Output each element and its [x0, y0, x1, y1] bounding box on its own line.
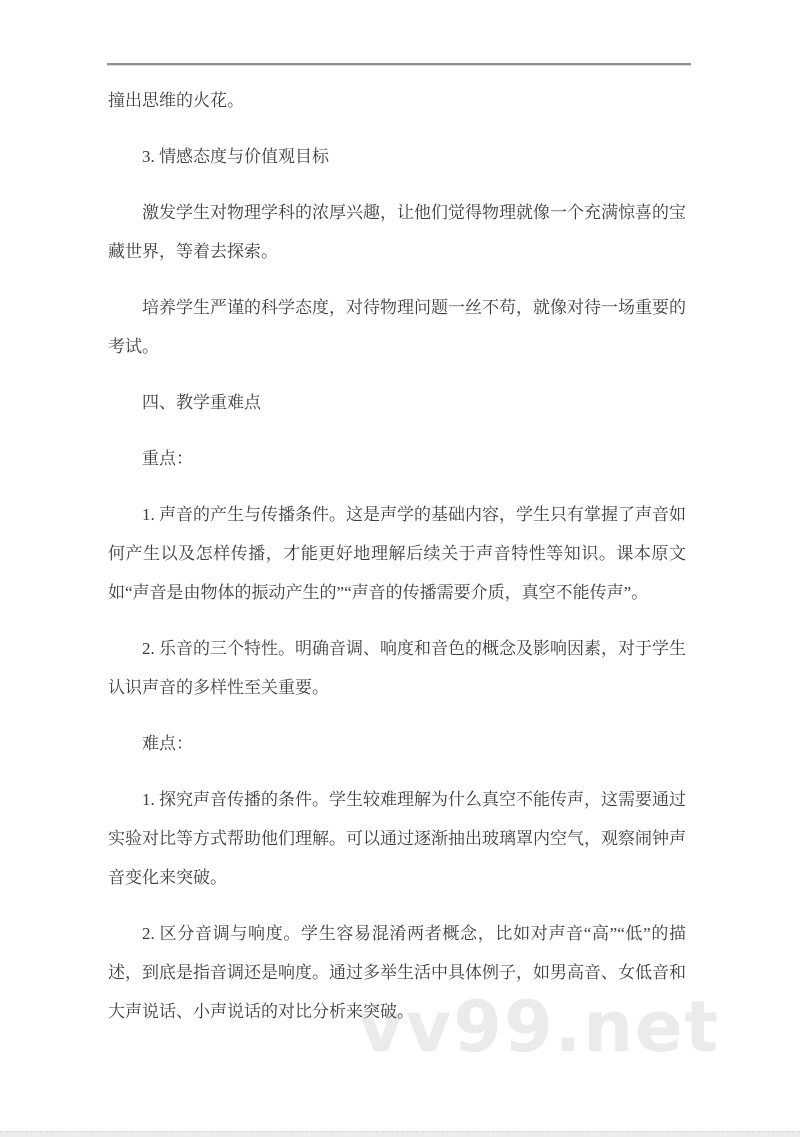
- paragraph: 2. 区分音调与响度。学生容易混淆两者概念，比如对声音“高”“低”的描述，到底是…: [108, 914, 686, 1031]
- document-body: 撞出思维的火花。3. 情感态度与价值观目标激发学生对物理学科的浓厚兴趣，让他们觉…: [108, 81, 686, 1048]
- paragraph: 2. 乐音的三个特性。明确音调、响度和音色的概念及影响因素，对于学生认识声音的多…: [108, 629, 686, 707]
- header-rule: [107, 63, 691, 66]
- paragraph: 3. 情感态度与价值观目标: [108, 137, 686, 176]
- paragraph: 培养学生严谨的科学态度，对待物理问题一丝不苟，就像对待一场重要的考试。: [108, 288, 686, 366]
- paragraph: 激发学生对物理学科的浓厚兴趣，让他们觉得物理就像一个充满惊喜的宝藏世界，等着去探…: [108, 193, 686, 271]
- paragraph: 1. 声音的产生与传播条件。这是声学的基础内容，学生只有掌握了声音如何产生以及怎…: [108, 495, 686, 612]
- paragraph: 1. 探究声音传播的条件。学生较难理解为什么真空不能传声，这需要通过实验对比等方…: [108, 780, 686, 897]
- document-page: vv99.net 撞出思维的火花。3. 情感态度与价值观目标激发学生对物理学科的…: [0, 0, 800, 1137]
- paragraph: 四、教学重难点: [108, 383, 686, 422]
- paragraph: 重点：: [108, 439, 686, 478]
- page-break-strip: [0, 1131, 800, 1137]
- paragraph: 撞出思维的火花。: [108, 81, 686, 120]
- paragraph: 难点：: [108, 724, 686, 763]
